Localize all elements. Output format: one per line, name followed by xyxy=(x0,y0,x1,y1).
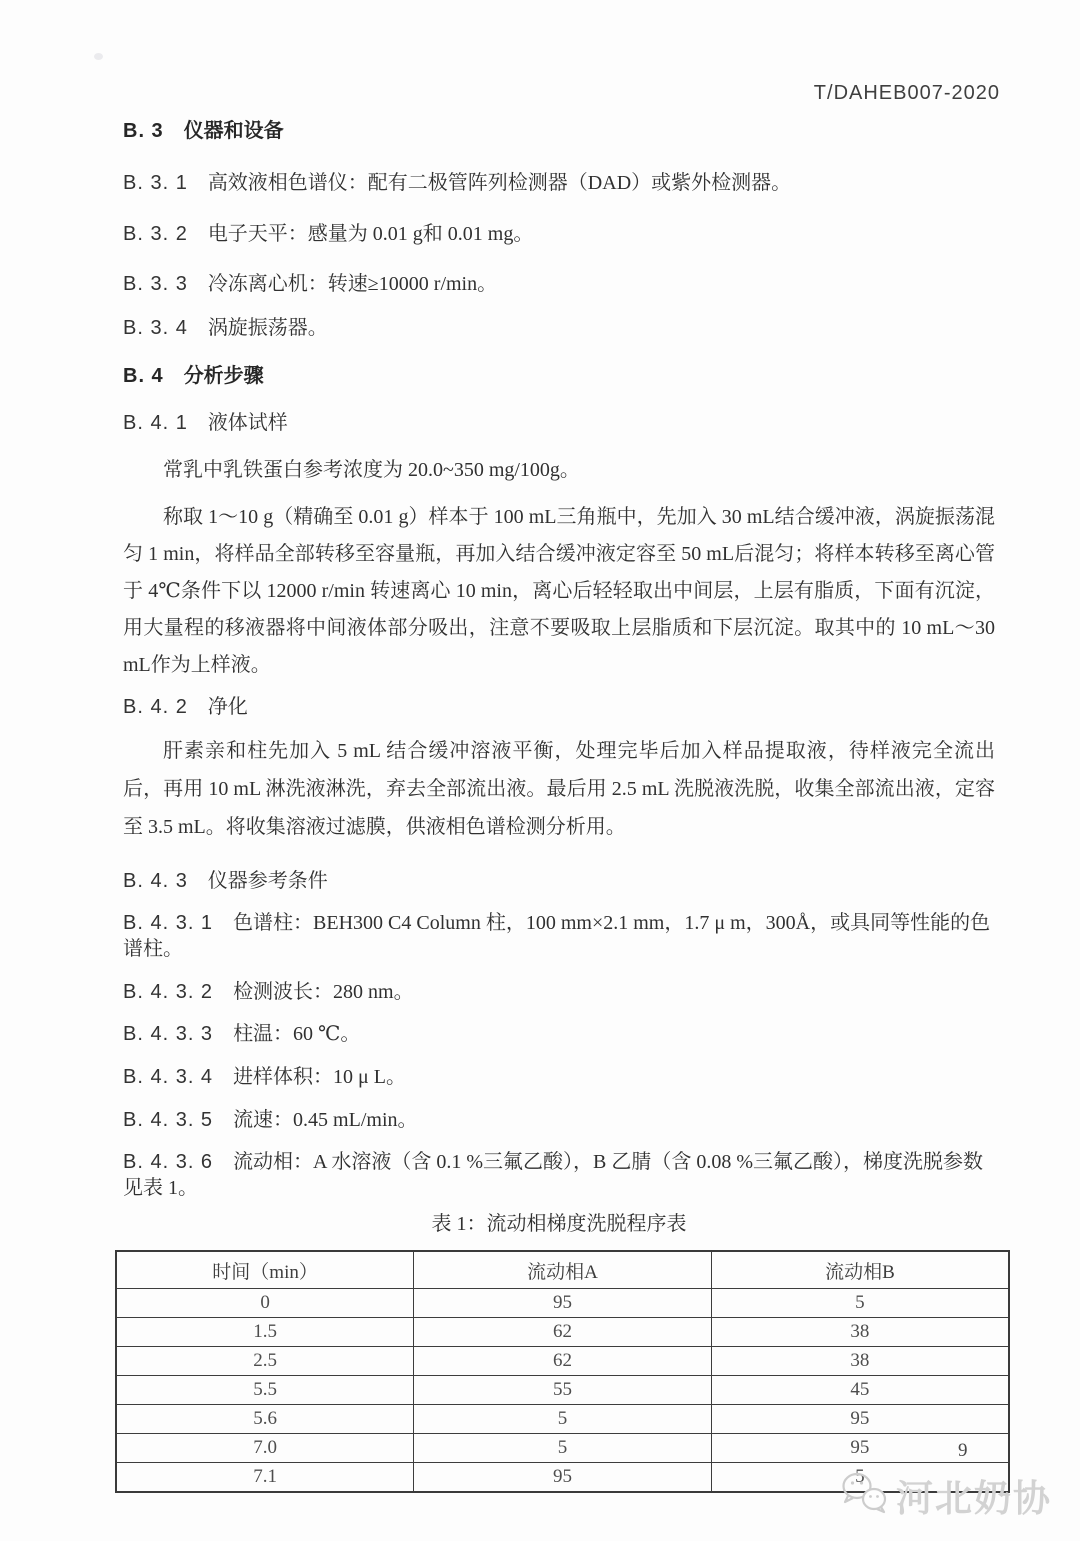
scan-artifact xyxy=(94,53,103,60)
clause-b32: B. 3. 2电子天平：感量为 0.01 g和 0.01 mg。 xyxy=(123,221,995,247)
cell-phase-a: 62 xyxy=(414,1347,712,1376)
cell-time: 1.5 xyxy=(116,1318,414,1347)
clause-text: 净化 xyxy=(208,696,248,718)
clause-title: 仪器和设备 xyxy=(184,120,284,142)
clause-text: 冷冻离心机：转速≥10000 r/min。 xyxy=(208,273,497,295)
cell-time: 5.5 xyxy=(116,1376,414,1405)
clause-number: B. 4. 3 xyxy=(123,870,188,892)
clause-number: B. 3. 1 xyxy=(123,172,188,194)
clause-b33: B. 3. 3冷冻离心机：转速≥10000 r/min。 xyxy=(123,271,995,297)
column-header-time: 时间（min） xyxy=(116,1251,414,1289)
heading-b3: B. 3仪器和设备 xyxy=(123,118,995,144)
cell-phase-b: 95 xyxy=(711,1405,1009,1434)
cell-phase-b: 38 xyxy=(711,1318,1009,1347)
clause-number: B. 4. 3. 4 xyxy=(123,1066,213,1088)
clause-text: 电子天平：感量为 0.01 g和 0.01 mg。 xyxy=(208,223,534,245)
cell-time: 7.1 xyxy=(116,1463,414,1493)
clause-number: B. 3. 3 xyxy=(123,273,188,295)
clause-number: B. 3. 4 xyxy=(123,317,188,339)
clause-b436: B. 4. 3. 6流动相：A 水溶液（含 0.1 %三氟乙酸），B 乙腈（含 … xyxy=(123,1149,995,1201)
clause-text: 仪器参考条件 xyxy=(208,870,328,892)
heading-b4: B. 4分析步骤 xyxy=(123,363,995,389)
clause-text: 柱温：60 ℃。 xyxy=(233,1023,360,1045)
clause-b431: B. 4. 3. 1色谱柱：BEH300 C4 Column 柱，100 mm×… xyxy=(123,910,995,962)
clause-number: B. 3. 2 xyxy=(123,223,188,245)
cell-phase-b: 5 xyxy=(711,1289,1009,1318)
clause-text: 流动相：A 水溶液（含 0.1 %三氟乙酸），B 乙腈（含 0.08 %三氟乙酸… xyxy=(123,1151,983,1199)
clause-number: B. 4 xyxy=(123,365,164,387)
cell-phase-a: 5 xyxy=(414,1405,712,1434)
column-header-mobile-phase-a: 流动相A xyxy=(414,1251,712,1289)
clause-text: 液体试样 xyxy=(208,412,288,434)
cell-time: 0 xyxy=(116,1289,414,1318)
table-row: 7.0 5 95 xyxy=(116,1434,1009,1463)
table-row: 0 95 5 xyxy=(116,1289,1009,1318)
clause-number: B. 4. 3. 5 xyxy=(123,1109,213,1131)
clause-number: B. 3 xyxy=(123,120,164,142)
clause-number: B. 4. 1 xyxy=(123,412,188,434)
gradient-elution-table: 时间（min） 流动相A 流动相B 0 95 5 1.5 62 38 2.5 xyxy=(115,1250,1010,1493)
clause-b42: B. 4. 2净化 xyxy=(123,694,995,720)
cell-phase-a: 95 xyxy=(414,1289,712,1318)
clause-number: B. 4. 3. 1 xyxy=(123,912,213,934)
column-header-mobile-phase-b: 流动相B xyxy=(711,1251,1009,1289)
cell-time: 2.5 xyxy=(116,1347,414,1376)
watermark-text: 河北奶协 xyxy=(896,1468,1052,1522)
cell-phase-b: 45 xyxy=(711,1376,1009,1405)
cell-phase-a: 62 xyxy=(414,1318,712,1347)
clause-text: 流速：0.45 mL/min。 xyxy=(233,1109,417,1131)
paragraph-b41-reference: 常乳中乳铁蛋白参考浓度为 20.0~350 mg/100g。 xyxy=(123,457,995,483)
clause-number: B. 4. 3. 6 xyxy=(123,1151,213,1173)
clause-text: 涡旋振荡器。 xyxy=(208,317,328,339)
wechat-icon xyxy=(840,1470,892,1521)
clause-b434: B. 4. 3. 4进样体积：10 μ L。 xyxy=(123,1064,995,1090)
cell-phase-a: 95 xyxy=(414,1463,712,1493)
watermark: 河北奶协 xyxy=(840,1468,1052,1522)
clause-text: 色谱柱：BEH300 C4 Column 柱，100 mm×2.1 mm，1.7… xyxy=(123,912,990,960)
clause-b31: B. 3. 1高效液相色谱仪：配有二极管阵列检测器（DAD）或紫外检测器。 xyxy=(123,170,995,196)
paragraph-b42-procedure: 肝素亲和柱先加入 5 mL 结合缓冲溶液平衡，处理完毕后加入样品提取液，待样液完… xyxy=(123,732,995,846)
clause-number: B. 4. 3. 2 xyxy=(123,981,213,1003)
paragraph-b41-procedure: 称取 1～10 g（精确至 0.01 g）样本于 100 mL三角瓶中，先加入 … xyxy=(123,499,995,684)
clause-b432: B. 4. 3. 2检测波长：280 nm。 xyxy=(123,979,995,1005)
clause-b435: B. 4. 3. 5流速：0.45 mL/min。 xyxy=(123,1107,995,1133)
cell-time: 7.0 xyxy=(116,1434,414,1463)
clause-b41: B. 4. 1液体试样 xyxy=(123,410,995,436)
document-page: T/DAHEB007-2020 B. 3仪器和设备 B. 3. 1高效液相色谱仪… xyxy=(0,0,1080,1541)
table-header-row: 时间（min） 流动相A 流动相B xyxy=(116,1251,1009,1289)
clause-text: 高效液相色谱仪：配有二极管阵列检测器（DAD）或紫外检测器。 xyxy=(208,172,791,194)
clause-number: B. 4. 3. 3 xyxy=(123,1023,213,1045)
table-row: 5.6 5 95 xyxy=(116,1405,1009,1434)
content: B. 3仪器和设备 B. 3. 1高效液相色谱仪：配有二极管阵列检测器（DAD）… xyxy=(123,0,995,1493)
clause-number: B. 4. 2 xyxy=(123,696,188,718)
clause-b43: B. 4. 3仪器参考条件 xyxy=(123,868,995,894)
clause-b34: B. 3. 4涡旋振荡器。 xyxy=(123,315,995,341)
table-row: 1.5 62 38 xyxy=(116,1318,1009,1347)
cell-phase-b: 38 xyxy=(711,1347,1009,1376)
cell-phase-a: 55 xyxy=(414,1376,712,1405)
table-body: 0 95 5 1.5 62 38 2.5 62 38 5.5 55 45 xyxy=(116,1289,1009,1493)
table-row: 2.5 62 38 xyxy=(116,1347,1009,1376)
clause-text: 检测波长：280 nm。 xyxy=(233,981,414,1003)
table-header: 时间（min） 流动相A 流动相B xyxy=(116,1251,1009,1289)
clause-title: 分析步骤 xyxy=(184,365,264,387)
table-title: 表 1：流动相梯度洗脱程序表 xyxy=(123,1210,995,1238)
table-row: 5.5 55 45 xyxy=(116,1376,1009,1405)
cell-time: 5.6 xyxy=(116,1405,414,1434)
clause-b433: B. 4. 3. 3柱温：60 ℃。 xyxy=(123,1021,995,1047)
page-number: 9 xyxy=(958,1440,968,1462)
clause-text: 进样体积：10 μ L。 xyxy=(233,1066,406,1088)
cell-phase-a: 5 xyxy=(414,1434,712,1463)
